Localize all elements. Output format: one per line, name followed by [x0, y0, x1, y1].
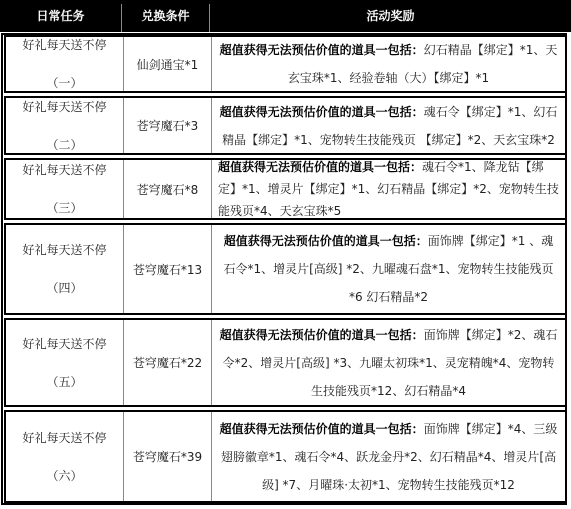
- reward-prefix: 超值获得无法预估价值的道具一包括：: [218, 160, 422, 174]
- table-row: 好礼每天送不停 （二） 苍穹魔石*3 超值获得无法预估价值的道具一包括：魂石令【…: [4, 96, 567, 155]
- reward-prefix: 超值获得无法预估价值的道具一包括：: [220, 43, 424, 57]
- task-cell: 好礼每天送不停 （四）: [6, 225, 123, 313]
- header-exchange-condition: 兑换条件: [122, 0, 209, 32]
- reward-cell: 超值获得无法预估价值的道具一包括：面饰牌【绑定】*4、三级翅膀徽章*1、魂石令*…: [211, 412, 565, 501]
- task-name: 好礼每天送不停: [22, 242, 106, 258]
- task-number: （二）: [46, 137, 82, 153]
- task-cell: 好礼每天送不停 （五）: [6, 320, 123, 405]
- task-cell: 好礼每天送不停 （二）: [6, 98, 123, 153]
- task-name: 好礼每天送不停: [22, 99, 106, 115]
- cost-cell: 苍穹魔石*22: [123, 320, 211, 405]
- cost-cell: 苍穹魔石*39: [123, 412, 211, 501]
- table-row: 好礼每天送不停 （一） 仙剑通宝*1 超值获得无法预估价值的道具一包括：幻石精晶…: [4, 35, 567, 93]
- task-number: （六）: [46, 468, 82, 484]
- task-name: 好礼每天送不停: [22, 162, 106, 178]
- task-cell: 好礼每天送不停 （六）: [6, 412, 123, 501]
- reward-prefix: 超值获得无法预估价值的道具一包括：: [220, 105, 424, 119]
- table-row: 好礼每天送不停 （五） 苍穹魔石*22 超值获得无法预估价值的道具一包括：面饰牌…: [4, 318, 567, 407]
- task-name: 好礼每天送不停: [22, 336, 106, 352]
- reward-cell: 超值获得无法预估价值的道具一包括：魂石令*1、降龙钻【绑定】*1、增灵片【绑定】…: [211, 160, 565, 218]
- header-activity-reward: 活动奖励: [210, 0, 571, 32]
- cost-cell: 苍穹魔石*13: [123, 225, 211, 313]
- task-number: （三）: [46, 200, 82, 216]
- reward-prefix: 超值获得无法预估价值的道具一包括：: [220, 422, 424, 436]
- table-header: 日常任务 兑换条件 活动奖励: [0, 0, 571, 32]
- table-row: 好礼每天送不停 （三） 苍穹魔石*8 超值获得无法预估价值的道具一包括：魂石令*…: [4, 158, 567, 220]
- cost-cell: 苍穹魔石*3: [123, 98, 211, 153]
- reward-cell: 超值获得无法预估价值的道具一包括：面饰牌【绑定】*1 、魂石令*1、增灵片[高级…: [211, 225, 565, 313]
- task-number: （一）: [46, 75, 82, 91]
- reward-cell: 超值获得无法预估价值的道具一包括：幻石精晶【绑定】*1、天玄宝珠*1、经验卷轴（…: [211, 37, 565, 91]
- reward-prefix: 超值获得无法预估价值的道具一包括：: [224, 234, 428, 248]
- task-cell: 好礼每天送不停 （三）: [6, 160, 123, 218]
- reward-cell: 超值获得无法预估价值的道具一包括：面饰牌【绑定】*2、魂石令*2、增灵片[高级]…: [211, 320, 565, 405]
- task-number: （五）: [46, 374, 82, 390]
- table-row: 好礼每天送不停 （四） 苍穹魔石*13 超值获得无法预估价值的道具一包括：面饰牌…: [4, 223, 567, 315]
- cost-cell: 仙剑通宝*1: [123, 37, 211, 91]
- table-row: 好礼每天送不停 （六） 苍穹魔石*39 超值获得无法预估价值的道具一包括：面饰牌…: [4, 410, 567, 503]
- task-name: 好礼每天送不停: [22, 430, 106, 446]
- reward-prefix: 超值获得无法预估价值的道具一包括：: [220, 328, 424, 342]
- task-number: （四）: [46, 280, 82, 296]
- task-cell: 好礼每天送不停 （一）: [6, 37, 123, 91]
- cost-cell: 苍穹魔石*8: [123, 160, 211, 218]
- reward-cell: 超值获得无法预估价值的道具一包括：魂石令【绑定】*1、幻石精晶【绑定】*1、宠物…: [211, 98, 565, 153]
- header-daily-task: 日常任务: [0, 0, 121, 32]
- task-name: 好礼每天送不停: [22, 37, 106, 53]
